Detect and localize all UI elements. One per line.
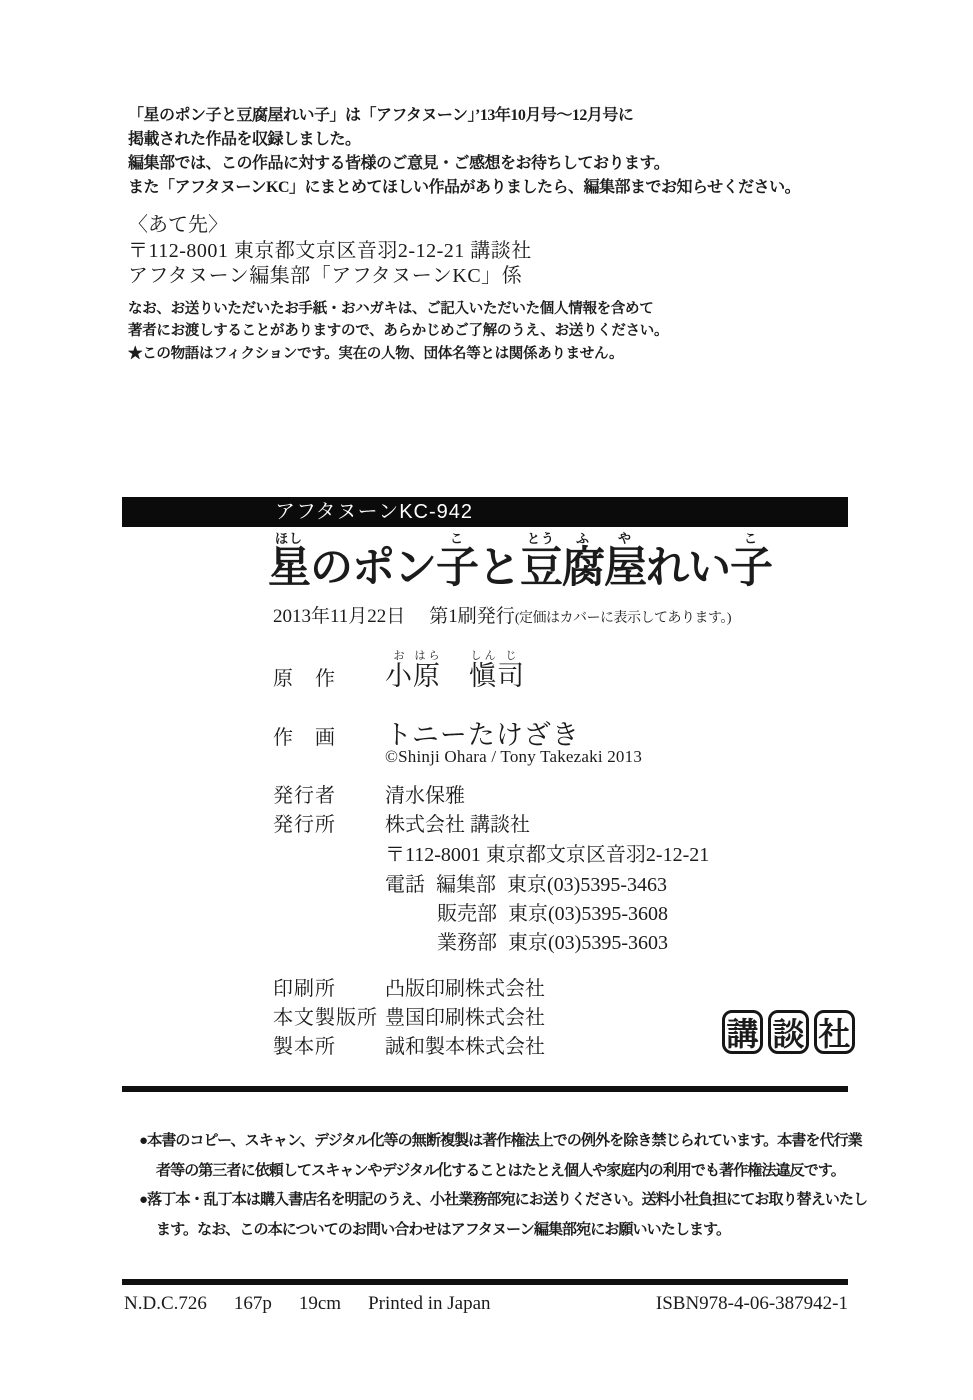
publishing-house-name: 株式会社 講談社	[385, 814, 530, 836]
address-block: 〈あて先〉 〒112-8001 東京都文京区音羽2-12-21 講談社 アフタヌ…	[128, 212, 668, 342]
printer-label: 印刷所	[273, 972, 385, 1001]
original-author-row: 原 作小お原はら 愼しん司じ	[273, 650, 525, 693]
footer-line: N.D.C.726 167p 19cm Printed in Japan ISB…	[124, 1293, 848, 1315]
printed-in: Printed in Japan	[368, 1293, 490, 1315]
author-ruby-segment: 司じ	[497, 661, 525, 691]
phone-number: 東京(03)5395-3463	[507, 874, 667, 896]
phone-business-line: 業務部東京(03)5395-3603	[437, 926, 668, 955]
author-ruby-segment: 小お	[385, 661, 413, 691]
author-ruby-segment	[441, 661, 469, 691]
title-ruby-segment: 子こ	[730, 545, 772, 592]
title-ruby-segment: と	[478, 545, 520, 592]
kodansha-logo: 講 談 社	[722, 1010, 855, 1054]
book-title: 星ほしのポン子こと豆とう腐ふ屋やれい子こ	[268, 531, 772, 591]
intro-block: 「星のポン子と豆腐屋れい子」は「アフタヌーン」’13年10月号〜12月号に 掲載…	[128, 104, 800, 200]
issue-date: 2013年11月22日	[273, 606, 405, 627]
original-author-label: 原 作	[273, 662, 385, 691]
title-ruby-segment: 屋や	[604, 545, 646, 592]
intro-line: 「星のポン子と豆腐屋れい子」は「アフタヌーン」’13年10月号〜12月号に	[128, 104, 800, 128]
artist-name: トニーたけざき	[385, 720, 580, 750]
logo-box-char: 社	[814, 1010, 855, 1054]
phone-dept: 業務部	[437, 932, 497, 954]
divider-rule-top	[122, 1086, 848, 1092]
intro-line: 編集部では、この作品に対する皆様のご意見・ご感想をお待ちしております。	[128, 152, 800, 176]
author-ruby-segment: 原はら	[413, 661, 441, 691]
phone-sales-line: 販売部東京(03)5395-3608	[437, 897, 668, 926]
legal-line: ●落丁本・乱丁本は購入書店名を明記のうえ、小社業務部宛にお送りください。送料小社…	[139, 1186, 867, 1216]
legal-notice-block: ●本書のコピー、スキャン、デジタル化等の無断複製は著作権法上での例外を除き禁じら…	[139, 1127, 867, 1245]
series-code-bar: アフタヌーンKC-942	[122, 497, 848, 527]
title-ruby-segment: のポン	[310, 545, 436, 592]
phone-dept: 編集部	[436, 874, 496, 896]
page-count: 167p	[234, 1293, 272, 1315]
title-ruby-segment: れい	[646, 545, 730, 592]
logo-box-char: 談	[768, 1010, 809, 1054]
address-note: なお、お送りいただいたお手紙・おハガキは、ご記入いただいた個人情報を含めて	[128, 298, 668, 320]
binder-row: 製本所誠和製本株式会社	[273, 1030, 545, 1059]
colophon-page: 「星のポン子と豆腐屋れい子」は「アフタヌーン」’13年10月号〜12月号に 掲載…	[0, 0, 973, 1400]
title-ruby-segment: 腐ふ	[562, 545, 604, 592]
address-heading: 〈あて先〉	[128, 212, 668, 239]
original-author-name: 小お原はら 愼しん司じ	[385, 661, 525, 691]
footer-left-group: N.D.C.726 167p 19cm Printed in Japan	[124, 1293, 491, 1315]
divider-rule-bottom	[122, 1279, 848, 1285]
phone-number: 東京(03)5395-3608	[508, 903, 668, 925]
printer-name: 凸版印刷株式会社	[385, 978, 545, 1000]
phone-label: 電話	[385, 874, 425, 896]
series-code-label: アフタヌーンKC-942	[275, 501, 473, 523]
address-line: アフタヌーン編集部「アフタヌーンKC」係	[128, 264, 668, 289]
address-note: 著者にお渡しすることがありますので、あらかじめご了解のうえ、お送りください。	[128, 320, 668, 342]
price-note: (定価はカバーに表示してあります。)	[515, 611, 731, 626]
author-ruby-segment: 愼しん	[469, 661, 497, 691]
binder-name: 誠和製本株式会社	[385, 1036, 545, 1058]
binder-label: 製本所	[273, 1030, 385, 1059]
title-ruby-segment: 子こ	[436, 545, 478, 592]
isbn-code: ISBN978-4-06-387942-1	[656, 1293, 848, 1315]
title-ruby-segment: 星ほし	[268, 545, 310, 592]
legal-line: ます。なお、この本についてのお問い合わせはアフタヌーン編集部宛にお願いいたします…	[139, 1216, 867, 1246]
intro-line: また「アフタヌーンKC」にまとめてほしい作品がありましたら、編集部までお知らせく…	[128, 176, 800, 200]
logo-box-char: 講	[722, 1010, 763, 1054]
phone-dept: 販売部	[437, 903, 497, 925]
publishing-house-label: 発行所	[273, 808, 385, 837]
phone-editorial-line: 電話編集部東京(03)5395-3463	[385, 868, 667, 897]
edition-line: 2013年11月22日第1刷発行(定価はカバーに表示してあります。)	[273, 601, 731, 628]
legal-line: 者等の第三者に依頼してスキャンやデジタル化することはたとえ個人や家庭内の利用でも…	[139, 1157, 867, 1187]
copyright-line: ©Shinji Ohara / Tony Takezaki 2013	[385, 747, 642, 767]
plate-maker-label: 本文製版所	[273, 1001, 385, 1030]
book-size: 19cm	[299, 1293, 341, 1315]
edition-label: 第1刷発行	[429, 606, 515, 627]
intro-line: 掲載された作品を収録しました。	[128, 128, 800, 152]
fiction-disclaimer: ★この物語はフィクションです。実在の人物、団体名等とは関係ありません。	[128, 342, 623, 363]
title-ruby-segment: 豆とう	[520, 545, 562, 592]
artist-label: 作 画	[273, 721, 385, 750]
house-address-line: 〒112-8001 東京都文京区音羽2-12-21	[385, 838, 709, 867]
plate-maker-row: 本文製版所豊国印刷株式会社	[273, 1001, 545, 1030]
publishing-house-row: 発行所株式会社 講談社	[273, 808, 530, 837]
ndc-code: N.D.C.726	[124, 1293, 207, 1315]
printer-row: 印刷所凸版印刷株式会社	[273, 972, 545, 1001]
publisher-row: 発行者清水保雅	[273, 779, 465, 808]
plate-maker-name: 豊国印刷株式会社	[385, 1007, 545, 1029]
publisher-name: 清水保雅	[385, 785, 465, 807]
legal-line: ●本書のコピー、スキャン、デジタル化等の無断複製は著作権法上での例外を除き禁じら…	[139, 1127, 867, 1157]
phone-number: 東京(03)5395-3603	[508, 932, 668, 954]
publisher-label: 発行者	[273, 779, 385, 808]
address-line: 〒112-8001 東京都文京区音羽2-12-21 講談社	[128, 239, 668, 264]
